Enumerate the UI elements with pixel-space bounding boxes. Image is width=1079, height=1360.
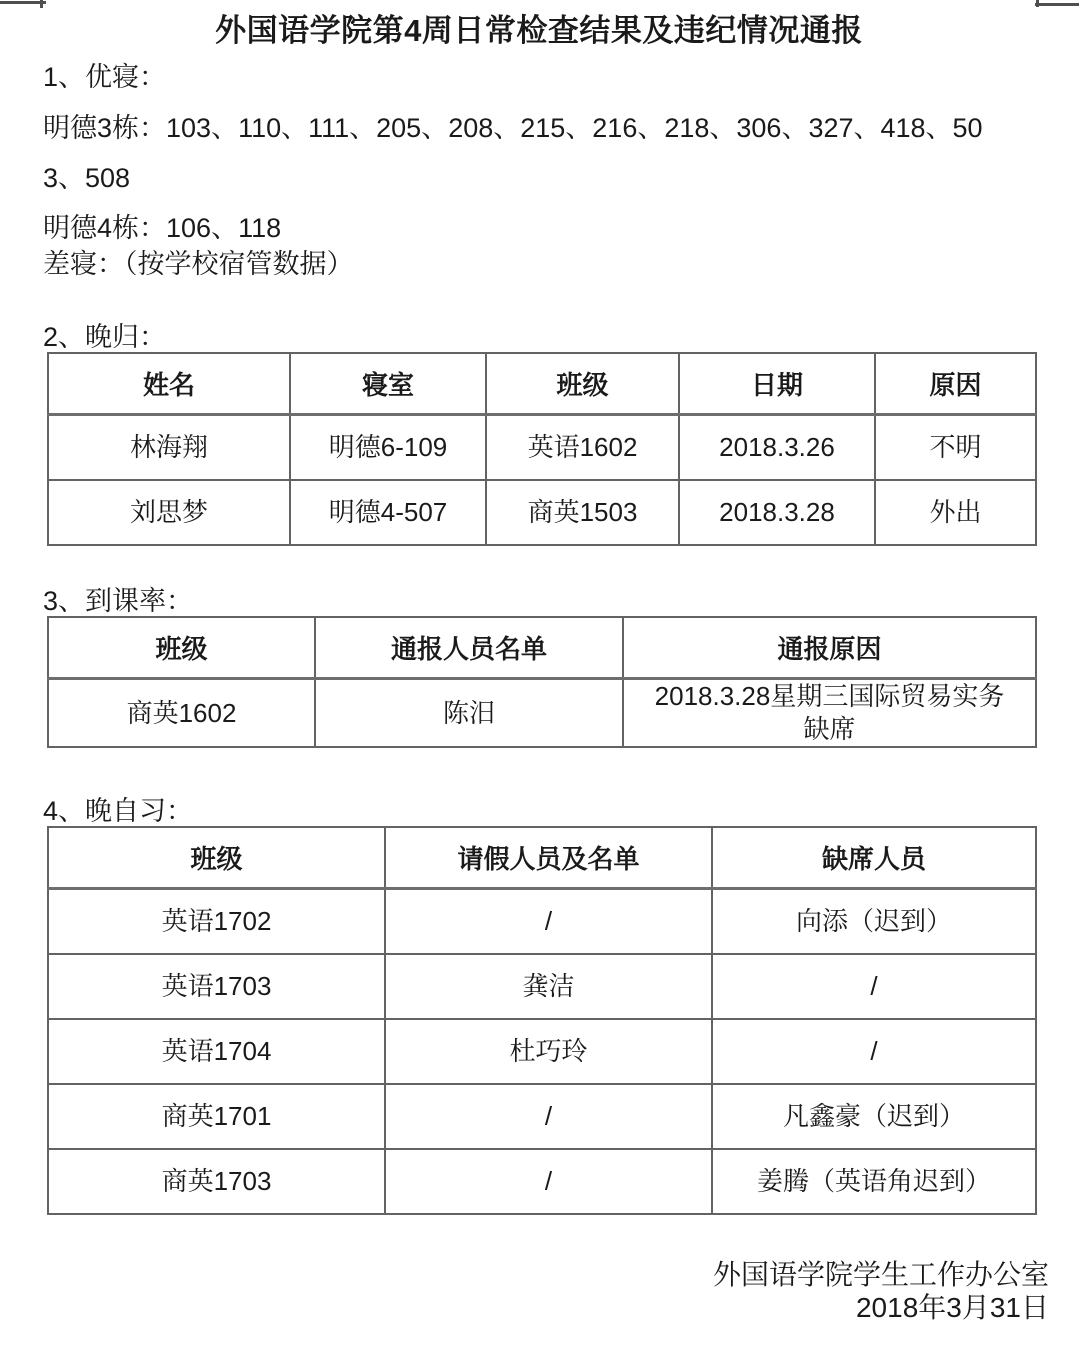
table-cell: 明德6-109 — [290, 415, 486, 481]
column-header-date: 日期 — [679, 353, 875, 415]
table-cell: / — [385, 1149, 712, 1214]
evening-study-table: 班级 请假人员及名单 缺席人员 英语1702 / 向添（迟到） 英语1703 龚… — [47, 826, 1037, 1215]
table-cell: / — [712, 954, 1036, 1019]
table-cell: 龚洁 — [385, 954, 712, 1019]
document-title: 外国语学院第4周日常检查结果及违纪情况通报 — [43, 12, 1035, 50]
table-cell: / — [385, 1084, 712, 1149]
table-cell: 英语1703 — [48, 954, 385, 1019]
document-content: 外国语学院第4周日常检查结果及违纪情况通报 1、优寝： 明德3栋：103、110… — [0, 0, 1079, 1324]
poor-dorms-note: 差寝：（按学校宿管数据） — [43, 248, 1035, 280]
column-header-report-reason: 通报原因 — [623, 617, 1036, 679]
column-header-class: 班级 — [48, 827, 385, 889]
table-cell: 英语1702 — [48, 889, 385, 955]
attendance-table: 班级 通报人员名单 通报原因 商英1602 陈汨 2018.3.28星期三国际贸… — [47, 616, 1037, 748]
table-cell: 商英1503 — [486, 480, 679, 545]
column-header-dorm: 寝室 — [290, 353, 486, 415]
table-cell: 凡鑫豪（迟到） — [712, 1084, 1036, 1149]
table-cell: 刘思梦 — [48, 480, 290, 545]
table-header-row: 班级 通报人员名单 通报原因 — [48, 617, 1036, 679]
document-footer: 外国语学院学生工作办公室 2018年3月31日 — [43, 1258, 1049, 1324]
column-header-reported-persons: 通报人员名单 — [315, 617, 623, 679]
table-row: 商英1602 陈汨 2018.3.28星期三国际贸易实务 缺席 — [48, 679, 1036, 748]
table-row: 英语1702 / 向添（迟到） — [48, 889, 1036, 955]
section-heading-evening-study: 4、晚自习： — [43, 796, 1035, 826]
table-header-row: 班级 请假人员及名单 缺席人员 — [48, 827, 1036, 889]
section-heading-attendance: 3、到课率： — [43, 586, 1035, 616]
table-cell: 商英1703 — [48, 1149, 385, 1214]
table-cell: 姜腾（英语角迟到） — [712, 1149, 1036, 1214]
table-cell: / — [712, 1019, 1036, 1084]
table-row: 商英1701 / 凡鑫豪（迟到） — [48, 1084, 1036, 1149]
table-cell: 商英1701 — [48, 1084, 385, 1149]
table-header-row: 姓名 寝室 班级 日期 原因 — [48, 353, 1036, 415]
table-row: 商英1703 / 姜腾（英语角迟到） — [48, 1149, 1036, 1214]
section-heading-late-return: 2、晚归： — [43, 322, 1035, 352]
table-cell: 外出 — [875, 480, 1036, 545]
cropped-table-corner-right-tick — [1036, 0, 1039, 7]
cropped-table-corner-left-tick — [40, 0, 43, 8]
section-heading-excellent-dorms: 1、优寝： — [43, 62, 1035, 92]
table-cell: 明德4-507 — [290, 480, 486, 545]
column-header-reason: 原因 — [875, 353, 1036, 415]
column-header-name: 姓名 — [48, 353, 290, 415]
document-page: 外国语学院第4周日常检查结果及违纪情况通报 1、优寝： 明德3栋：103、110… — [0, 0, 1079, 1360]
table-cell: 英语1704 — [48, 1019, 385, 1084]
column-header-absent: 缺席人员 — [712, 827, 1036, 889]
table-row: 林海翔 明德6-109 英语1602 2018.3.26 不明 — [48, 415, 1036, 481]
table-cell: 向添（迟到） — [712, 889, 1036, 955]
dorm-list-mingde3-line2: 3、508 — [43, 162, 1035, 194]
cropped-table-corner-right — [1035, 3, 1079, 6]
column-header-class: 班级 — [48, 617, 315, 679]
dorm-list-mingde4: 明德4栋：106、118 — [43, 212, 1035, 244]
late-return-table: 姓名 寝室 班级 日期 原因 林海翔 明德6-109 英语1602 2018.3… — [47, 352, 1037, 546]
table-cell: 商英1602 — [48, 679, 315, 748]
table-cell: 英语1602 — [486, 415, 679, 481]
table-row: 英语1704 杜巧玲 / — [48, 1019, 1036, 1084]
column-header-leave-list: 请假人员及名单 — [385, 827, 712, 889]
column-header-class: 班级 — [486, 353, 679, 415]
table-cell: 杜巧玲 — [385, 1019, 712, 1084]
table-row: 刘思梦 明德4-507 商英1503 2018.3.28 外出 — [48, 480, 1036, 545]
table-cell: 林海翔 — [48, 415, 290, 481]
table-cell: / — [385, 889, 712, 955]
table-cell: 不明 — [875, 415, 1036, 481]
table-row: 英语1703 龚洁 / — [48, 954, 1036, 1019]
table-cell: 2018.3.26 — [679, 415, 875, 481]
table-cell: 2018.3.28 — [679, 480, 875, 545]
table-cell: 陈汨 — [315, 679, 623, 748]
dorm-list-mingde3-line1: 明德3栋：103、110、111、205、208、215、216、218、306… — [43, 112, 1035, 144]
signature-date: 2018年3月31日 — [43, 1291, 1049, 1324]
signature-office: 外国语学院学生工作办公室 — [43, 1258, 1049, 1291]
table-cell: 2018.3.28星期三国际贸易实务 缺席 — [623, 679, 1036, 748]
